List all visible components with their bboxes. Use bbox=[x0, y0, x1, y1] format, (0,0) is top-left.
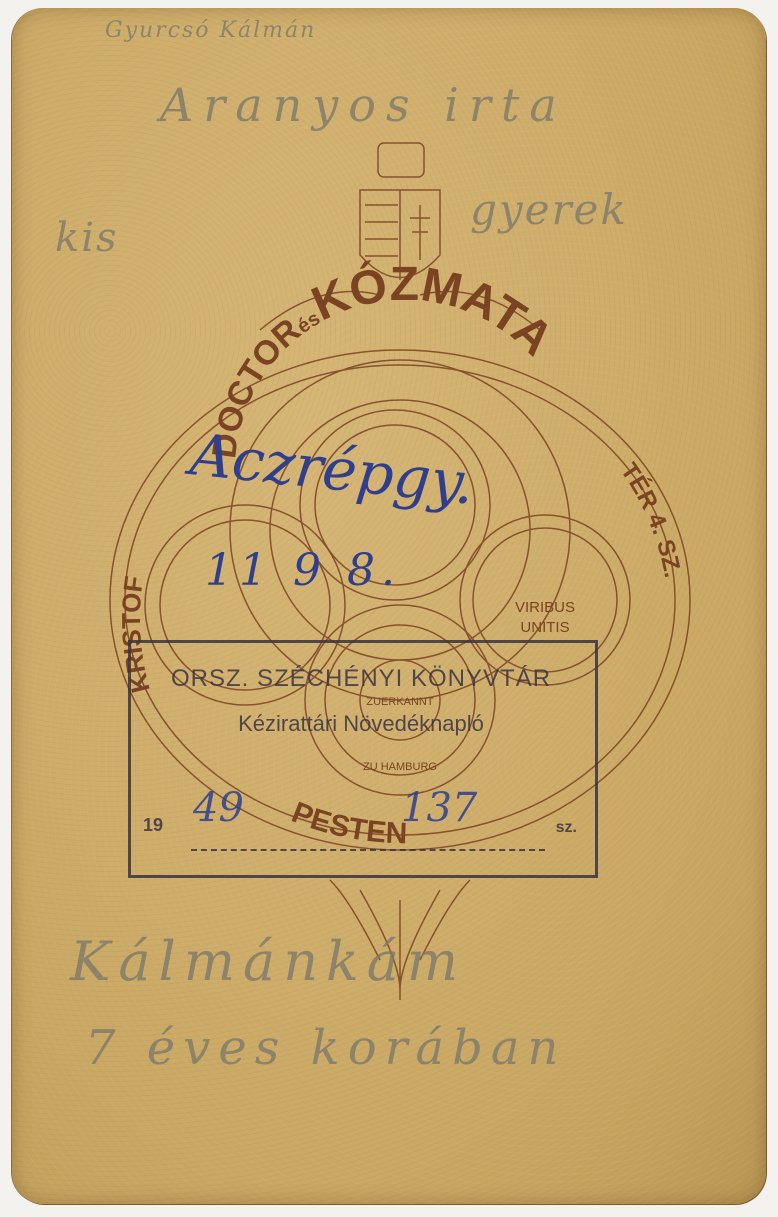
svg-text:TÉR 4. SZ.: TÉR 4. SZ. bbox=[615, 458, 686, 580]
crown-icon bbox=[378, 143, 424, 177]
library-stamp: ORSZ. SZÉCHÉNYI KÖNYVTÁR Kézirattári Növ… bbox=[128, 640, 598, 878]
stamp-year-prefix: 19 bbox=[143, 815, 163, 836]
address-right: TÉR 4. SZ. bbox=[615, 458, 686, 580]
stamp-register-name: Kézirattári Növedéknapló bbox=[141, 711, 581, 737]
stamp-suffix: sz. bbox=[556, 819, 577, 837]
pencil-note-bottom1: Kálmánkám bbox=[70, 930, 466, 993]
medal-right-line1: VIRIBUS bbox=[515, 599, 575, 616]
medal-right-line2: UNITIS bbox=[520, 619, 569, 636]
stamp-number-handwritten: 137 bbox=[401, 785, 477, 831]
stamp-year-handwritten: 49 bbox=[193, 785, 244, 831]
ink-note-number: 11 9 8. bbox=[205, 545, 401, 596]
stamp-library-name: ORSZ. SZÉCHÉNYI KÖNYVTÁR bbox=[141, 665, 581, 693]
pencil-note-bottom2: 7 éves korában bbox=[85, 1020, 566, 1076]
stamp-dashed-line bbox=[191, 849, 545, 851]
